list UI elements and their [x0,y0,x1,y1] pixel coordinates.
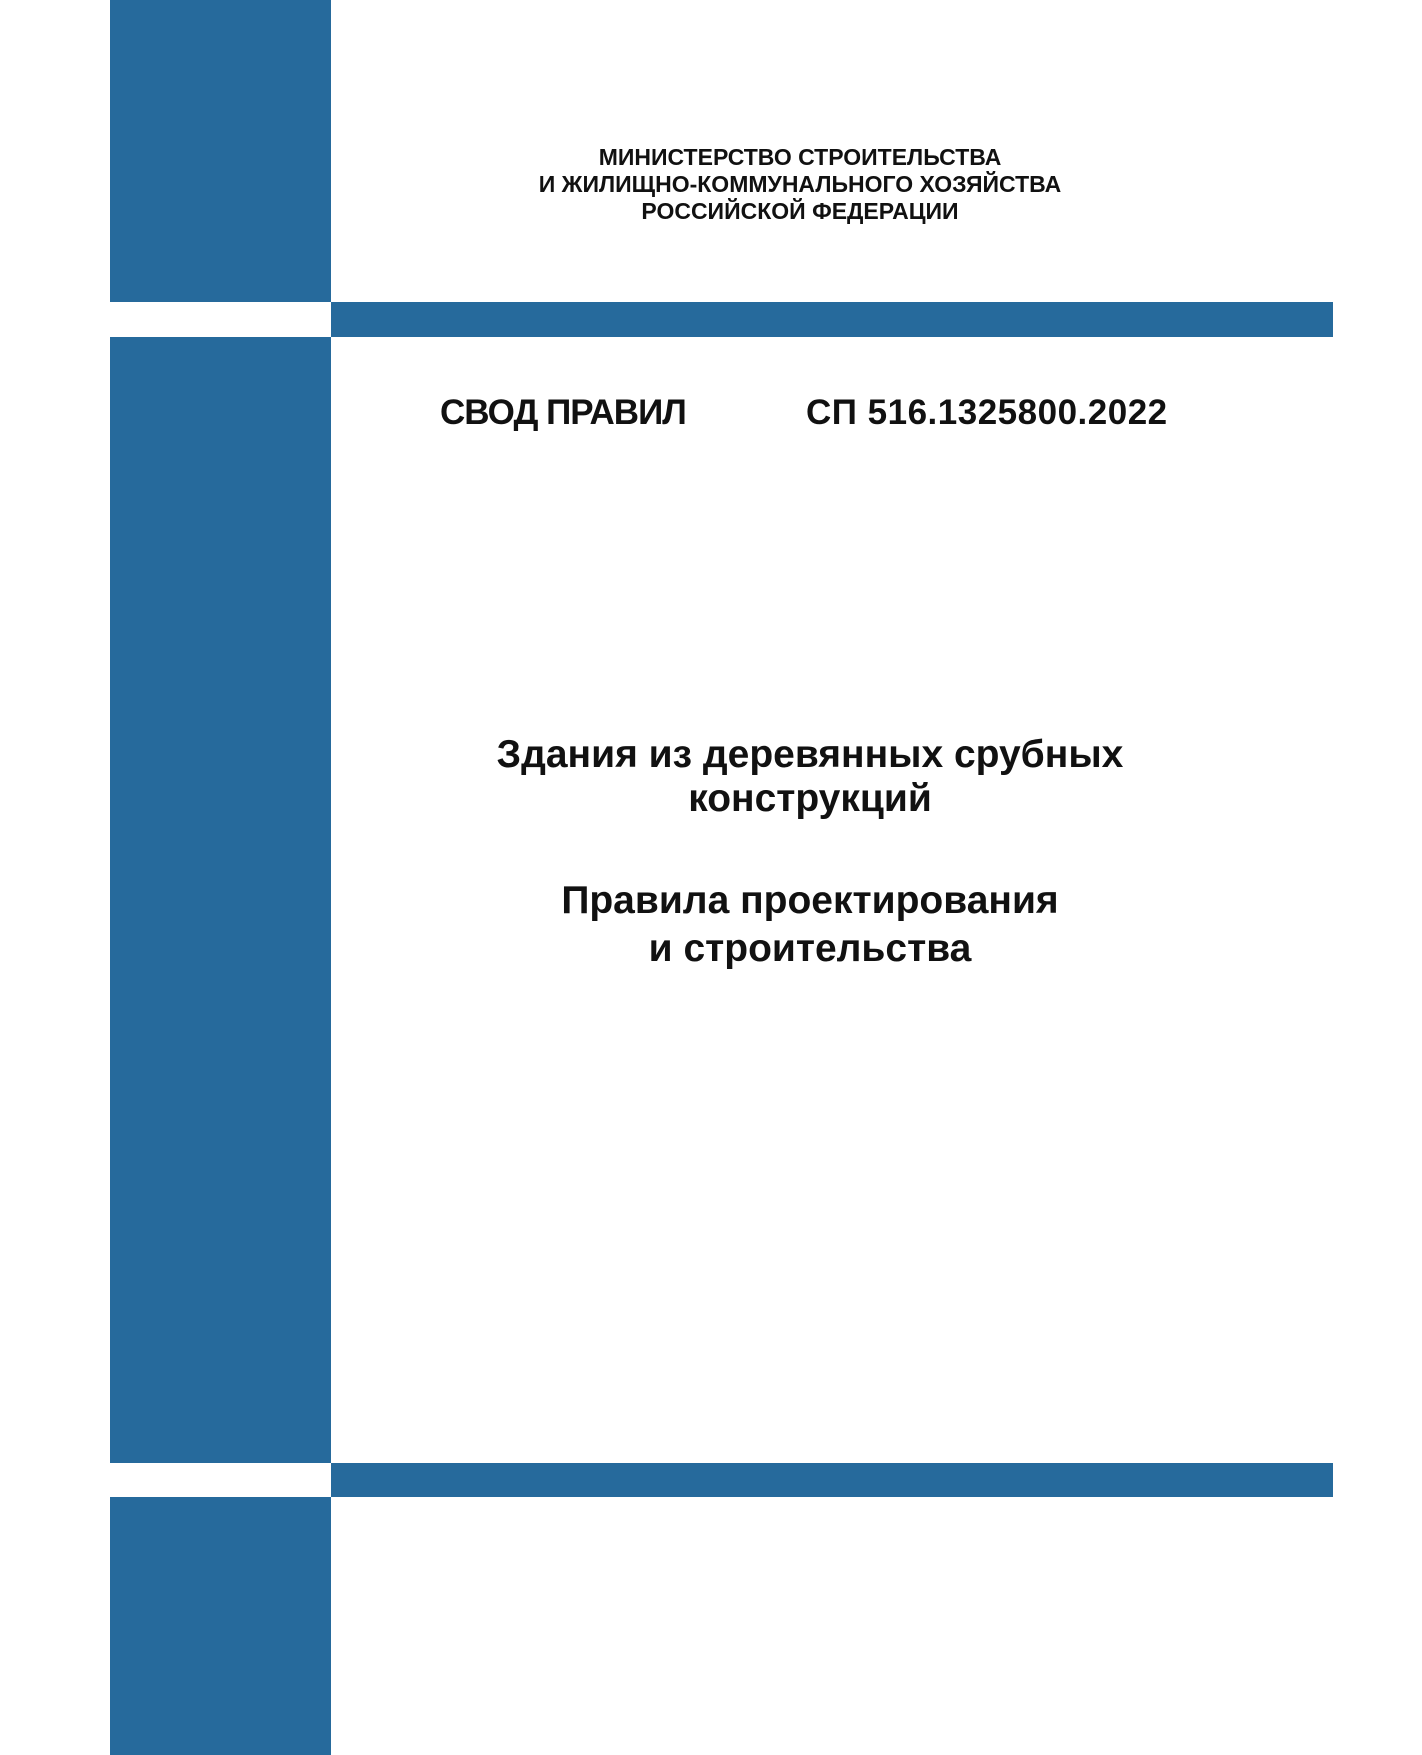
left-column-bottom-bar [110,1497,331,1755]
subtitle-line: и строительства [440,925,1180,973]
ministry-heading: МИНИСТЕРСТВО СТРОИТЕЛЬСТВА И ЖИЛИЩНО-КОМ… [440,144,1160,225]
horizontal-stripe-bottom [331,1463,1333,1497]
document-title: Здания из деревянных срубных конструкций [440,733,1180,821]
left-column-middle-bar [110,337,331,1463]
subtitle-line: Правила проектирования [440,877,1180,925]
horizontal-stripe-top [331,302,1333,337]
title-line: Здания из деревянных срубных [440,733,1180,777]
ministry-line: МИНИСТЕРСТВО СТРОИТЕЛЬСТВА [440,144,1160,171]
document-type: СВОД ПРАВИЛ [440,393,686,433]
document-code: СП 516.1325800.2022 [806,393,1168,433]
document-subtitle: Правила проектирования и строительства [440,877,1180,973]
ministry-line: РОССИЙСКОЙ ФЕДЕРАЦИИ [440,198,1160,225]
left-column-top-bar [110,0,331,302]
title-line: конструкций [440,777,1180,821]
document-code-row: СВОД ПРАВИЛ СП 516.1325800.2022 [0,393,1422,443]
ministry-line: И ЖИЛИЩНО-КОММУНАЛЬНОГО ХОЗЯЙСТВА [440,171,1160,198]
